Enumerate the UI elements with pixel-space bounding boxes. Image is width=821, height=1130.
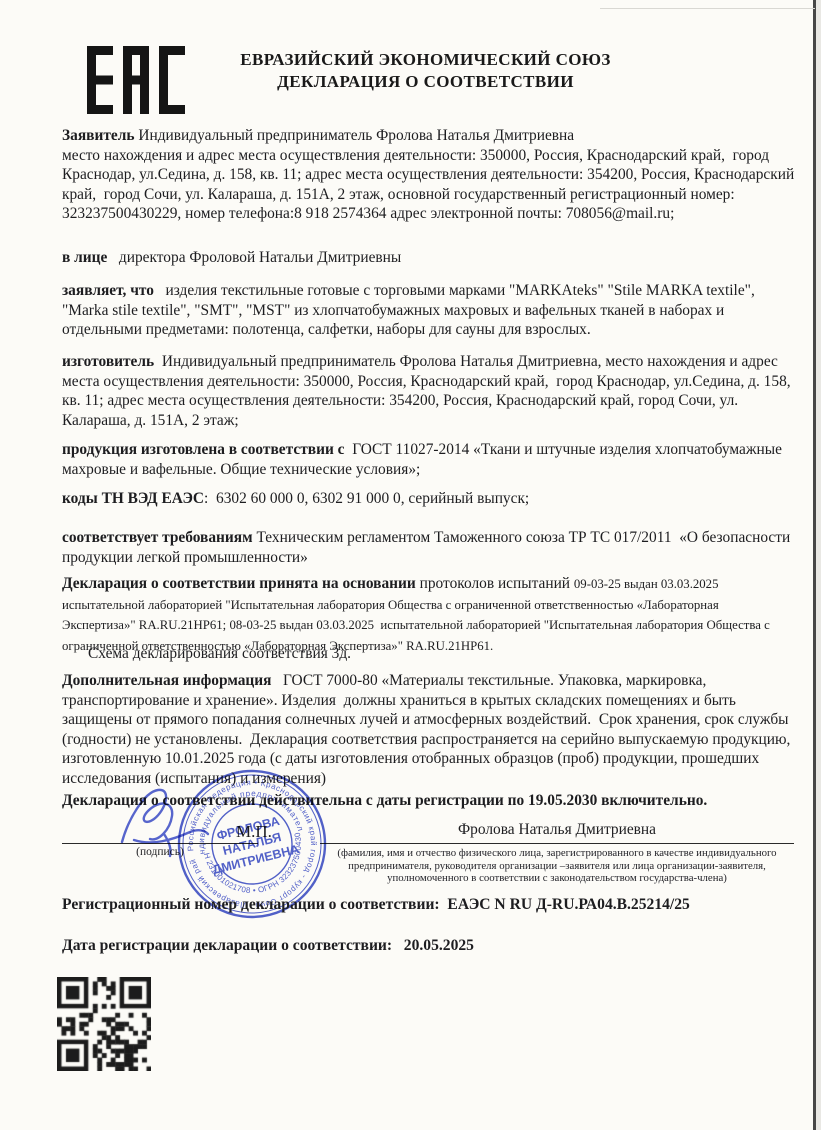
qr-code — [57, 977, 151, 1071]
signatory-name: Фролова Наталья Дмитриевна — [320, 821, 794, 839]
tnved-paragraph: коды ТН ВЭД ЕАЭС: 6302 60 000 0, 6302 91… — [62, 489, 795, 509]
basis-label: Декларация о соответствии принята на осн… — [62, 575, 416, 592]
registration-date-line: Дата регистрации декларации о соответств… — [62, 937, 795, 955]
tnved-codes: : 6302 60 000 0, 6302 91 000 0, серийный… — [204, 490, 529, 507]
manufacturer-paragraph: изготовитель Индивидуальный предпринимат… — [62, 352, 795, 430]
document-title: ЕВРАЗИЙСКИЙ ЭКОНОМИЧЕСКИЙ СОЮЗ ДЕКЛАРАЦИ… — [110, 49, 741, 93]
registration-number-value: ЕАЭС N RU Д-RU.РА04.В.25214/25 — [440, 896, 690, 913]
title-line-2: ДЕКЛАРАЦИЯ О СООТВЕТСТВИИ — [110, 71, 741, 93]
manufacturer-label: изготовитель — [62, 353, 154, 370]
registration-number-line: Регистрационный номер декларации о соотв… — [62, 896, 795, 914]
signature-line-right — [320, 843, 794, 844]
product-standard-paragraph: продукция изготовлена в соответствии с Г… — [62, 440, 795, 479]
registration-date-value: 20.05.2025 — [392, 937, 474, 954]
handwritten-signature — [112, 782, 237, 872]
complies-label: соответствует требованиям — [62, 529, 253, 546]
registration-number-label: Регистрационный номер декларации о соотв… — [62, 896, 440, 913]
applicant-text: Индивидуальный предприниматель Фролова Н… — [62, 127, 798, 222]
additional-info-label: Дополнительная информация — [62, 672, 271, 689]
scan-edge-right-light — [816, 0, 821, 1130]
applicant-label: Заявитель — [62, 127, 135, 144]
complies-paragraph: соответствует требованиям Техническим ре… — [62, 528, 795, 567]
scan-edge-right — [813, 0, 816, 1130]
signature-note: (фамилия, имя и отчество физического лиц… — [320, 847, 794, 885]
declaration-document: ЕВРАЗИЙСКИЙ ЭКОНОМИЧЕСКИЙ СОЮЗ ДЕКЛАРАЦИ… — [0, 0, 821, 1130]
basis-lead: протоколов испытаний — [416, 575, 574, 592]
declares-paragraph: заявляет, что изделия текстильные готовы… — [62, 281, 795, 340]
declares-label: заявляет, что — [62, 282, 154, 299]
in-person-label: в лице — [62, 249, 107, 266]
in-person-paragraph: в лице директора Фроловой Натальи Дмитри… — [62, 248, 795, 268]
scheme-line: Схема декларирования соответствия 3д. — [88, 644, 821, 664]
product-standard-label: продукция изготовлена в соответствии с — [62, 441, 345, 458]
scan-edge-top — [600, 8, 815, 9]
manufacturer-text: Индивидуальный предприниматель Фролова Н… — [62, 353, 794, 429]
title-line-1: ЕВРАЗИЙСКИЙ ЭКОНОМИЧЕСКИЙ СОЮЗ — [110, 49, 741, 71]
registration-date-label: Дата регистрации декларации о соответств… — [62, 937, 392, 954]
declares-text: изделия текстильные готовые с торговыми … — [62, 282, 759, 338]
in-person-text: директора Фроловой Натальи Дмитриевны — [107, 249, 401, 266]
applicant-paragraph: Заявитель Индивидуальный предприниматель… — [62, 126, 795, 224]
tnved-label: коды ТН ВЭД ЕАЭС — [62, 490, 204, 507]
